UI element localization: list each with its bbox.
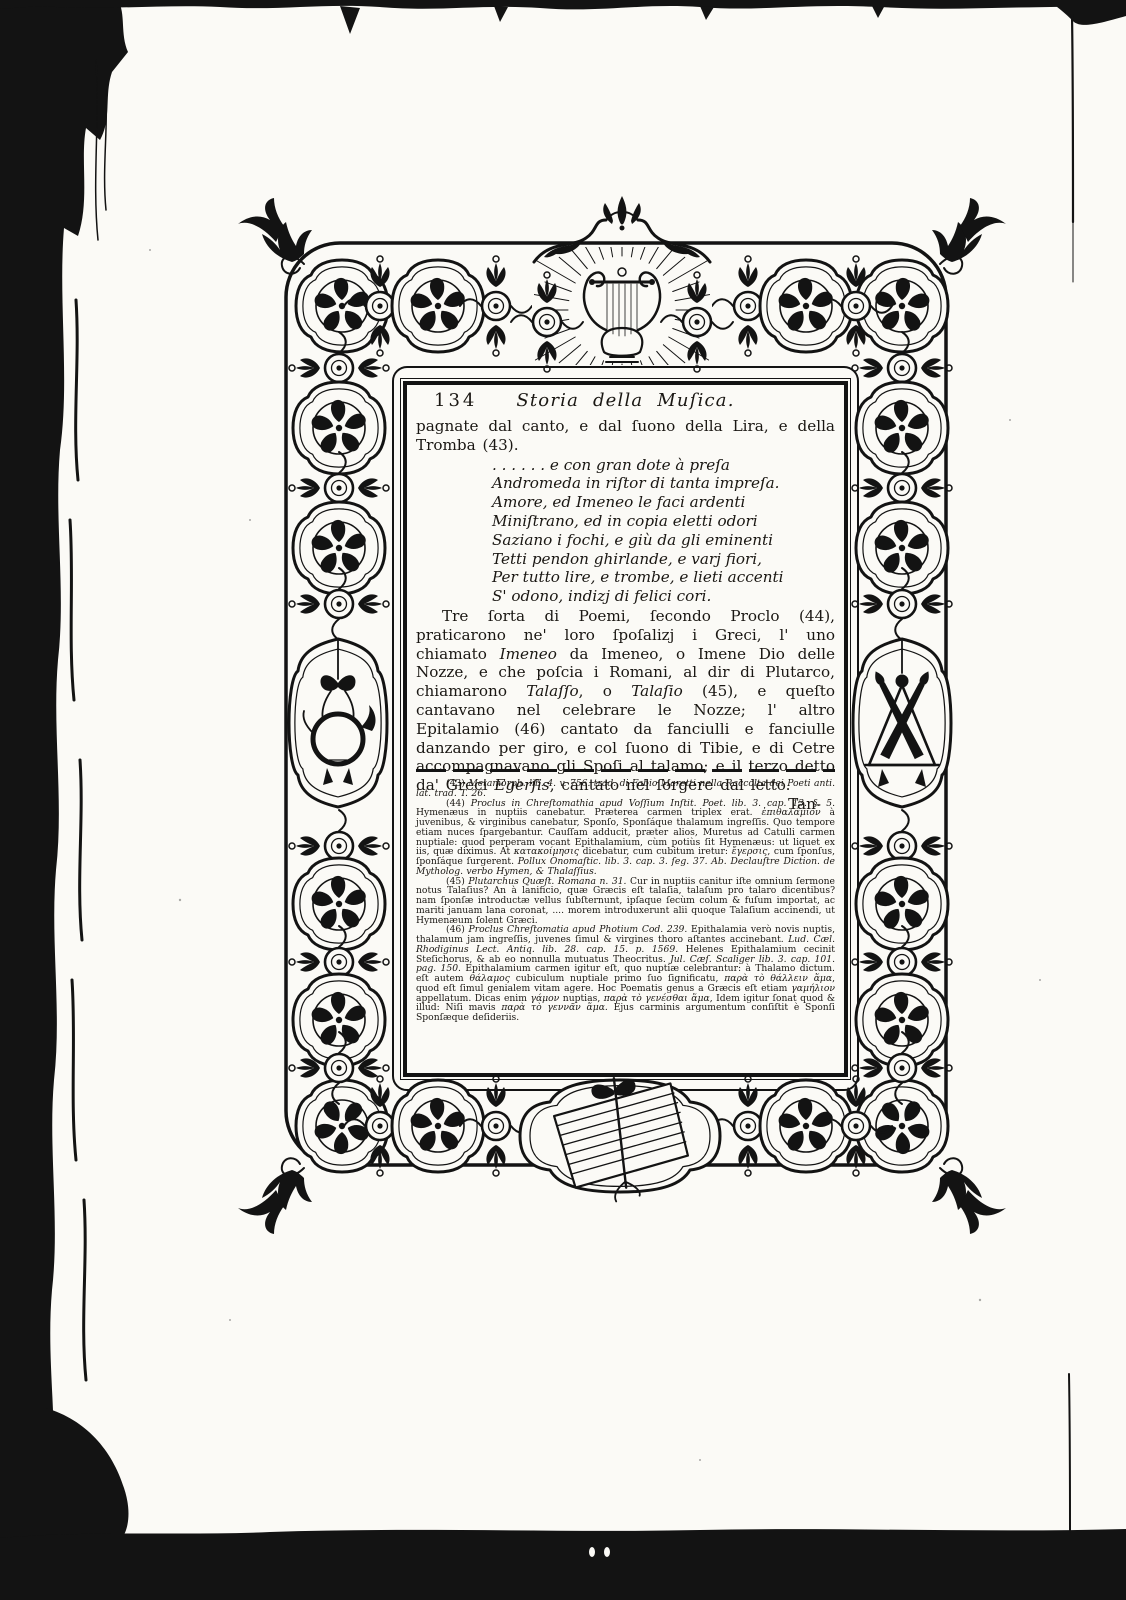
verse-line: Tetti pendon ghirlande, e varj fiori, <box>492 550 835 569</box>
verse-line: S' odono, indizj di felici cori. <box>492 587 835 606</box>
body-paragraph-1: pagnate dal canto, e dal ſuono della Lir… <box>416 417 835 455</box>
hunting-horn-ornament <box>289 639 387 807</box>
verse-line: Saziano i fochi, e giù da gli eminenti <box>492 531 835 550</box>
scanned-book-page: 134 Storia della Muſica. pagnate dal can… <box>0 0 1126 1600</box>
verse-block: . . . . . . e con gran dote à preſaAndro… <box>492 456 835 606</box>
footnote-block: (43) Metamorph. lib. 4. v. 756. trad. di… <box>416 769 835 1023</box>
top-edge-black-strip <box>0 0 1126 9</box>
footnote-43: (43) Metamorph. lib. 4. v. 756. trad. di… <box>416 779 835 799</box>
verse-line: Per tutto lire, e trombe, e lieti accent… <box>492 568 835 587</box>
verse-line: Amore, ed Imeneo le faci ardenti <box>492 493 835 512</box>
top-right-black-wedge <box>1046 0 1126 25</box>
verse-line: Andromeda in riſtor di tanta impreſa. <box>492 474 835 493</box>
bottom-white-dot <box>589 1547 595 1557</box>
lyre-ornament <box>511 196 733 410</box>
footnote-44: (44) Proclus in Chreſtomathia apud Voſſi… <box>416 799 835 877</box>
bottom-black-band <box>0 1529 1126 1600</box>
left-edge-black-band <box>0 0 128 1600</box>
footnote-separator <box>416 769 835 772</box>
running-head: Storia della Muſica. <box>416 390 835 411</box>
verse-line: . . . . . . e con gran dote à preſa <box>492 456 835 475</box>
body-paragraph-2: Tre ſorta di Poemi, ſecondo Proclo (44),… <box>416 607 835 795</box>
crossed-torches-ornament <box>853 639 951 807</box>
crest-finial <box>618 196 627 225</box>
bottom-white-dot <box>604 1547 610 1557</box>
page-number: 134 <box>434 390 477 411</box>
verse-line: Miniſtrano, ed in copia eletti odori <box>492 512 835 531</box>
text-block-frame: 134 Storia della Muſica. pagnate dal can… <box>403 381 848 1077</box>
footnote-45: (45) Plutarchus Quæſt. Romana n. 31. Cur… <box>416 877 835 926</box>
footnote-46: (46) Proclus Chreſtomatia apud Photium C… <box>416 925 835 1023</box>
